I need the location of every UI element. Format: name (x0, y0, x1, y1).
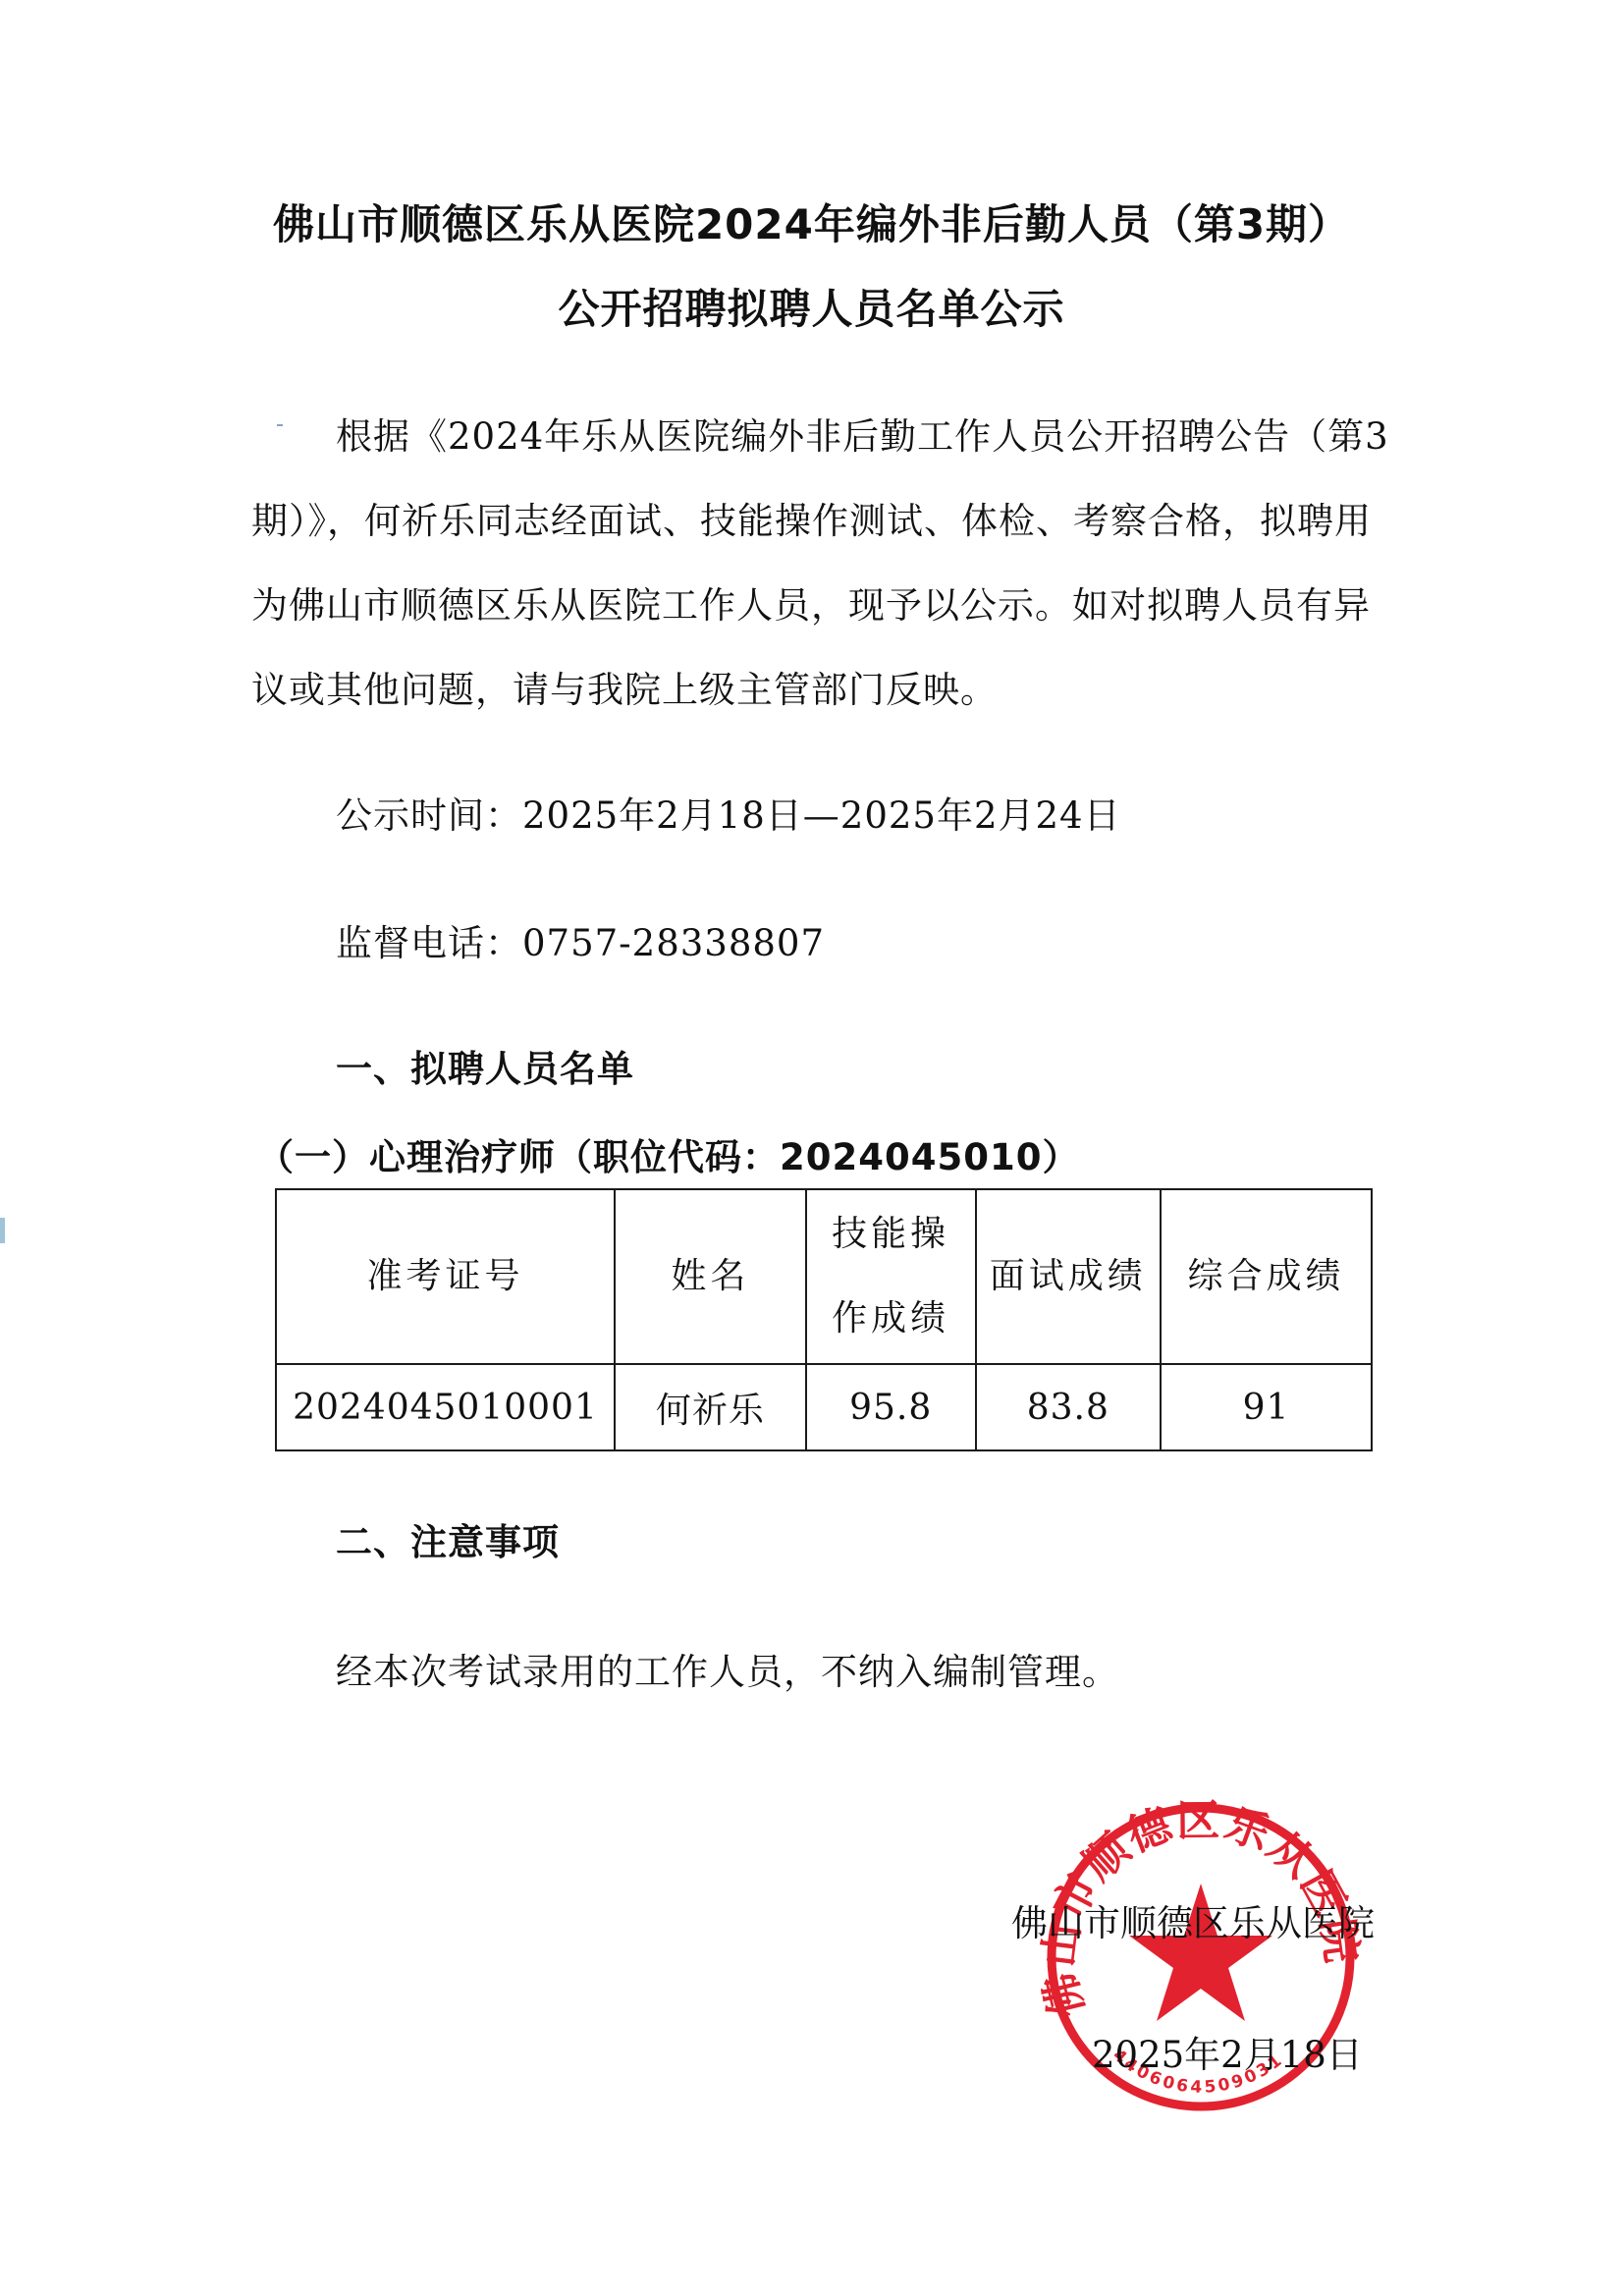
table-header-row: 准考证号 姓名 技能操作成绩 面试成绩 综合成绩 (276, 1189, 1372, 1364)
header-skill-score: 技能操作成绩 (806, 1189, 976, 1364)
table-row: 2024045010001 何祈乐 95.8 83.8 91 (276, 1364, 1372, 1450)
cell-interview-score: 83.8 (976, 1364, 1161, 1450)
signature-date: 2025年2月18日 (1092, 2025, 1363, 2078)
section-heading-notes: 二、注意事项 (336, 1512, 560, 1565)
document-title-line-2: 公开招聘拟聘人员名单公示 (0, 277, 1623, 336)
supervision-phone: 监督电话：0757-28338807 (336, 913, 825, 966)
cell-skill-score: 95.8 (806, 1364, 976, 1450)
subsection-heading-position: （一）心理治疗师（职位代码：2024045010） (257, 1127, 1079, 1180)
header-exam-id: 准考证号 (276, 1189, 615, 1364)
note-text: 经本次考试录用的工作人员，不纳入编制管理。 (336, 1642, 1119, 1695)
header-total-score: 综合成绩 (1161, 1189, 1372, 1364)
cell-name: 何祈乐 (615, 1364, 806, 1450)
candidate-table: 准考证号 姓名 技能操作成绩 面试成绩 综合成绩 2024045010001 何… (275, 1188, 1373, 1451)
document-title-line-1: 佛山市顺德区乐从医院2024年编外非后勤人员（第3期） (0, 192, 1623, 251)
signature-organization: 佛山市顺德区乐从医院 (1011, 1893, 1375, 1946)
document-page: 佛山市顺德区乐从医院2024年编外非后勤人员（第3期） 公开招聘拟聘人员名单公示… (0, 0, 1623, 2296)
header-interview-score: 面试成绩 (976, 1189, 1161, 1364)
notice-period: 公示时间：2025年2月18日—2025年2月24日 (336, 786, 1121, 839)
section-heading-candidates: 一、拟聘人员名单 (336, 1039, 634, 1092)
cell-total-score: 91 (1161, 1364, 1372, 1450)
scan-artifact (0, 1218, 5, 1243)
body-paragraph: 根据《2024年乐从医院编外非后勤工作人员公开招聘公告（第3期）》，何祈乐同志经… (251, 395, 1390, 733)
cell-exam-id: 2024045010001 (276, 1364, 615, 1450)
header-name: 姓名 (615, 1189, 806, 1364)
